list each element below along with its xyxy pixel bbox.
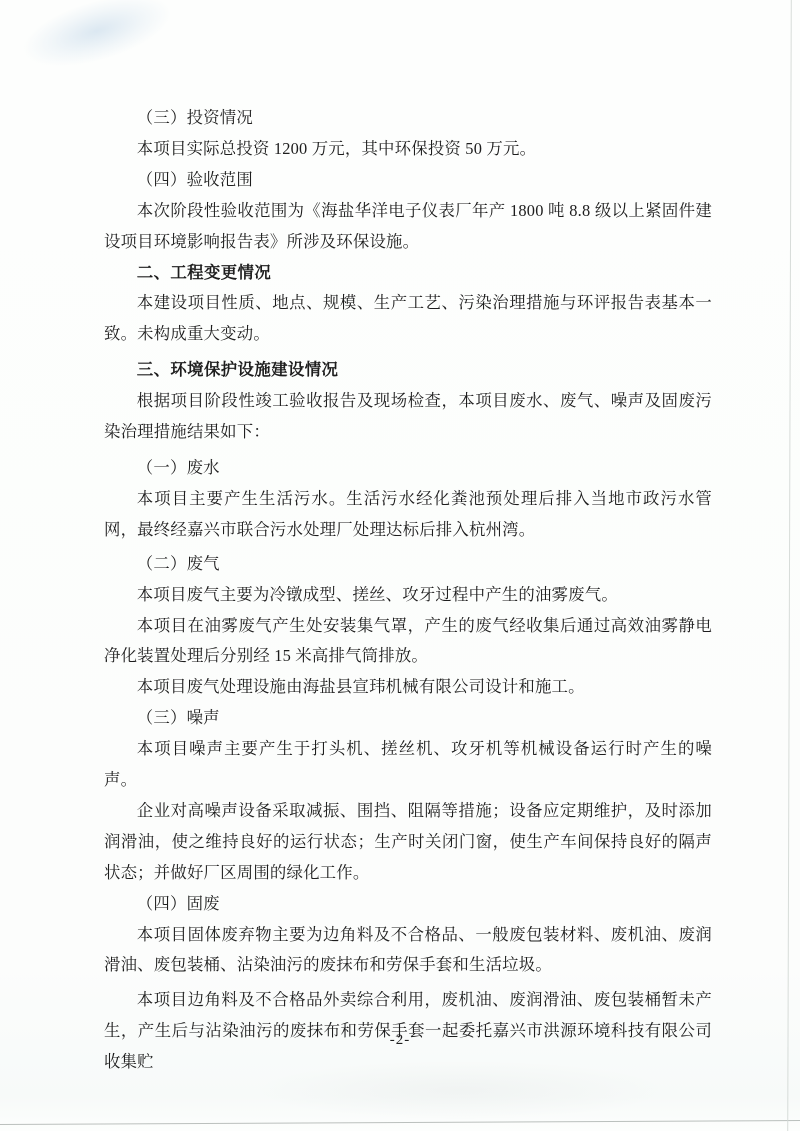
paragraph: 本项目废气主要为冷镦成型、搓丝、攻牙过程中产生的油雾废气。: [104, 580, 712, 611]
section-heading: 二、工程变更情况: [104, 258, 712, 289]
paragraph: 企业对高噪声设备采取减振、围挡、阻隔等措施；设备应定期维护，及时添加润滑油，使之…: [104, 796, 712, 889]
section-subheading: （一）废水: [104, 453, 712, 484]
section-subheading: （四）验收范围: [104, 165, 712, 196]
paragraph: 本项目废气处理设施由海盐县宣玮机械有限公司设计和施工。: [104, 672, 712, 703]
section-subheading: （二）废气: [104, 549, 712, 580]
paragraph: 本项目固体废弃物主要为边角料及不合格品、一般废包装材料、废机油、废润滑油、废包装…: [104, 920, 712, 982]
section-subheading: （三）噪声: [104, 703, 712, 734]
page-edge-bottom: [0, 1120, 800, 1125]
paragraph: 本项目在油雾废气产生处安装集气罩，产生的废气经收集后通过高效油雾静电净化装置处理…: [104, 611, 712, 673]
section-subheading: （四）固废: [104, 889, 712, 920]
paragraph: 本项目主要产生生活污水。生活污水经化粪池预处理后排入当地市政污水管网，最终经嘉兴…: [104, 484, 712, 546]
section-heading: 三、环境保护设施建设情况: [104, 355, 712, 386]
document-body: （三）投资情况 本项目实际总投资 1200 万元，其中环保投资 50 万元。 （…: [104, 103, 712, 1078]
section-subheading: （三）投资情况: [104, 103, 712, 134]
paragraph: 根据项目阶段性竣工验收报告及现场检查，本项目废水、废气、噪声及固废污染治理措施结…: [104, 386, 712, 448]
scanned-page: （三）投资情况 本项目实际总投资 1200 万元，其中环保投资 50 万元。 （…: [0, 0, 800, 1131]
page-number: -2-: [0, 1032, 800, 1049]
paragraph: 本项目实际总投资 1200 万元，其中环保投资 50 万元。: [104, 134, 712, 165]
paragraph: 本次阶段性验收范围为《海盐华洋电子仪表厂年产 1800 吨 8.8 级以上紧固件…: [104, 196, 712, 258]
scan-smudge-icon: [17, 0, 177, 80]
paragraph: 本建设项目性质、地点、规模、生产工艺、污染治理措施与环评报告表基本一致。未构成重…: [104, 288, 712, 350]
paragraph: 本项目噪声主要产生于打头机、搓丝机、攻牙机等机械设备运行时产生的噪声。: [104, 734, 712, 796]
page-edge-right: [787, 0, 792, 1131]
